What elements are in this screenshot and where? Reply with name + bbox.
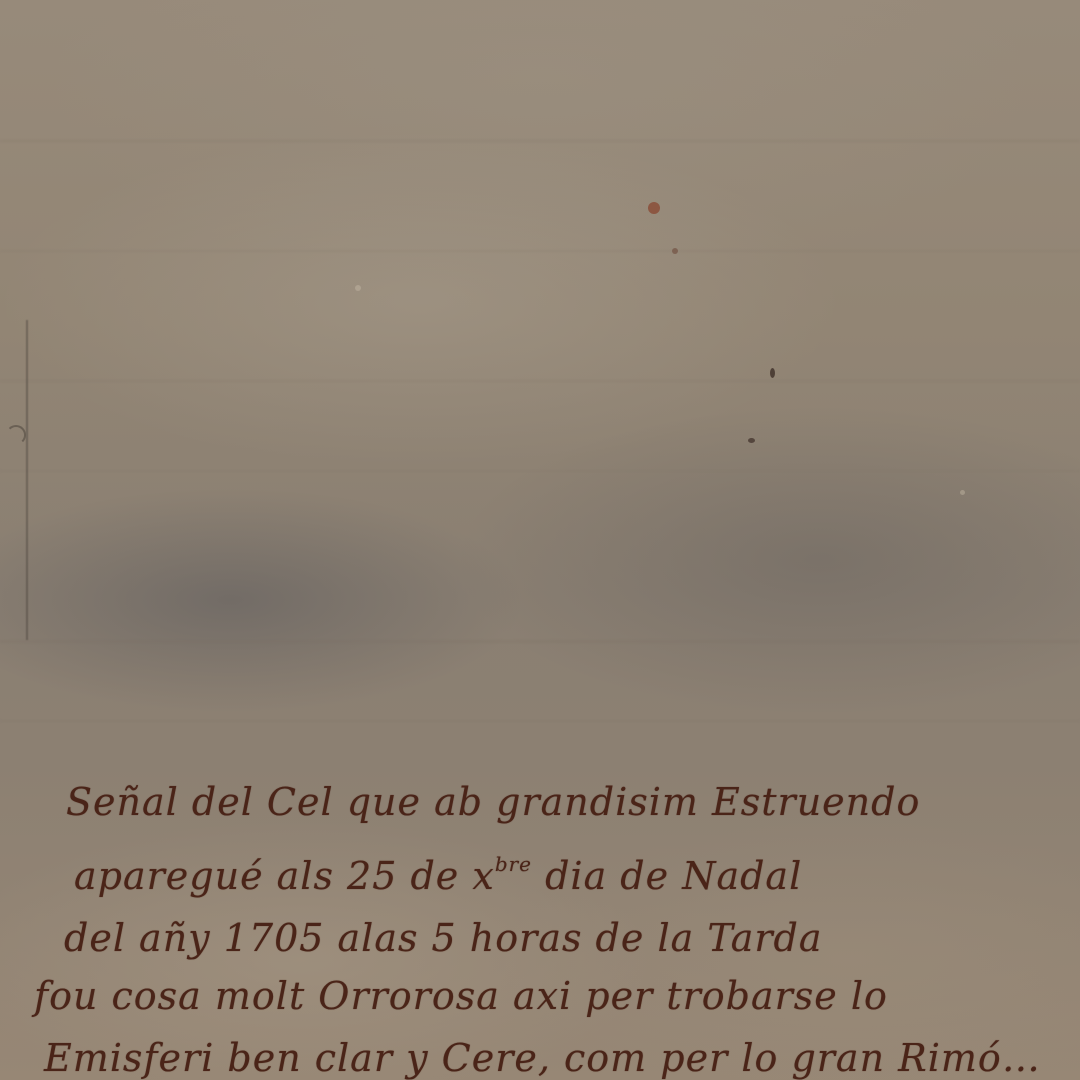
ink-spot <box>770 368 775 378</box>
ink-spot <box>748 438 755 443</box>
month-abbreviation-superscript: bre <box>495 852 532 876</box>
paper-streak <box>0 250 1080 252</box>
line-2-start: aparegué als 25 de x <box>74 854 495 898</box>
manuscript-line-1: Señal del Cel que ab grandisim Estruendo <box>66 780 920 824</box>
margin-mark <box>6 425 26 445</box>
manuscript-line-5: Emisferi ben clar y Cere, com per lo gra… <box>44 1036 1041 1080</box>
paper-speck <box>960 490 965 495</box>
paper-streak <box>0 720 1080 722</box>
paper-streak <box>0 470 1080 472</box>
manuscript-line-3: del añy 1705 alas 5 horas de la Tarda <box>64 916 823 960</box>
manuscript-line-4: fou cosa molt Orrorosa axi per trobarse … <box>34 974 888 1018</box>
margin-rule <box>26 320 28 640</box>
paper-streak <box>0 140 1080 142</box>
ink-spot <box>648 202 660 214</box>
paper-fold-line <box>0 640 1080 643</box>
paper-speck <box>355 285 361 291</box>
paper-streak <box>0 380 1080 382</box>
line-2-end: dia de Nadal <box>532 854 802 898</box>
manuscript-page: Señal del Cel que ab grandisim Estruendo… <box>0 0 1080 1080</box>
manuscript-line-2: aparegué als 25 de xbre dia de Nadal <box>74 852 802 898</box>
ink-spot <box>672 248 678 254</box>
